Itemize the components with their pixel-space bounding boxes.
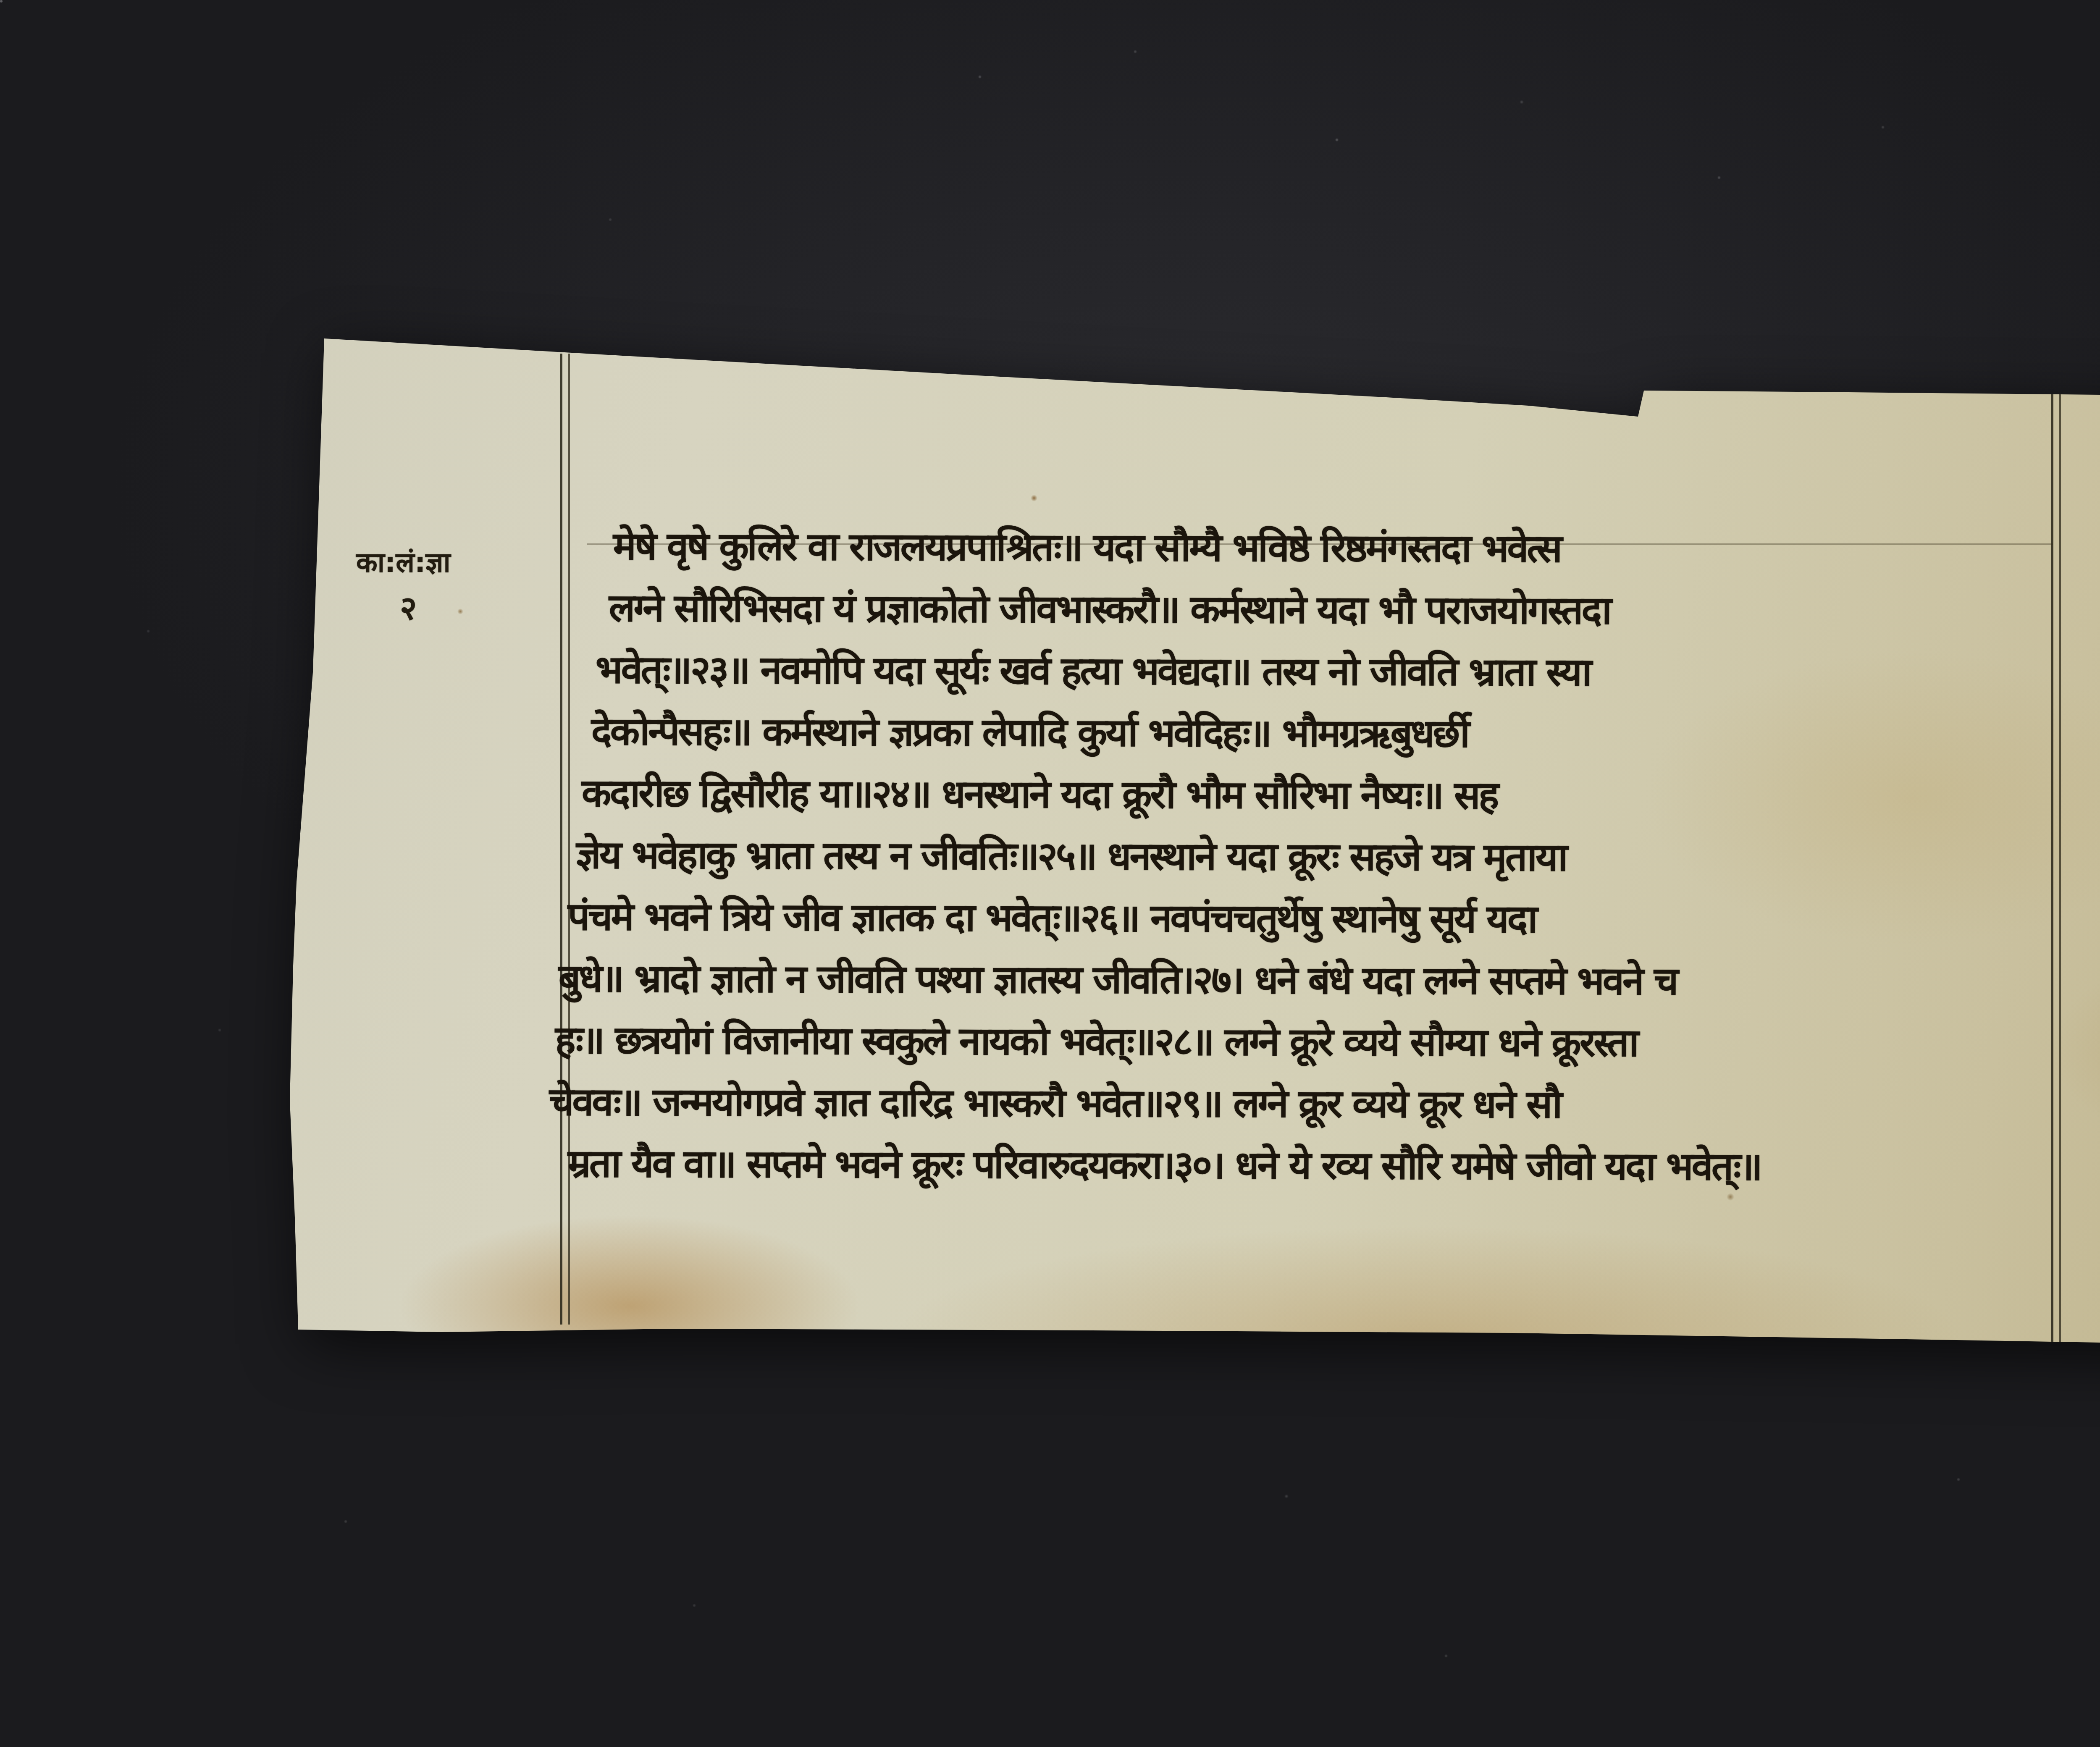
manuscript-page: का:लं:ज्ञा २ तप्र २ मेषे वृषे कुलिरे वा … xyxy=(0,0,2100,1747)
manuscript-text-line: पंचमे भवने त्रिये जीव ज्ञातक दा भवेत्ः॥२… xyxy=(568,892,1536,944)
manuscript-text-line: लग्ने सौरिभिसदा यं प्रज्ञाकोतो जीवभास्कर… xyxy=(609,583,1610,635)
manuscript-text-line: भवेत्ः॥२३॥ नवमोपि यदा सूर्यः खर्व हत्या … xyxy=(596,645,1591,697)
manuscript-text-line: कदारीछ द्विसौरीह या॥२४॥ धनस्थाने यदा क्र… xyxy=(582,769,1498,821)
manuscript-text-line: चेववः॥ जन्मयोगप्रवे ज्ञात दारिद्र भास्कर… xyxy=(549,1077,1561,1129)
manuscript-text-line: देकोन्पैसहः॥ कर्मस्थाने ज्ञप्रका लेपादि … xyxy=(591,707,1468,758)
right-margin-ruling xyxy=(2051,393,2061,1343)
manuscript-text-line: बुधे॥ भ्रादो ज्ञातो न जीवति पश्या ज्ञातस… xyxy=(559,954,1677,1006)
manuscript-text-line: म्रता यैव वा॥ सप्तमे भवने क्रूरः परिवारु… xyxy=(568,1139,1761,1191)
manuscript-text-line: ज्ञेय भवेहाकु भ्राता तस्य न जीवतिः॥२५॥ ध… xyxy=(576,830,1567,882)
manuscript-text-line: मेषे वृषे कुलिरे वा राजलयप्रपाश्रितः॥ यद… xyxy=(613,522,1561,574)
manuscript-text-line: हः॥ छत्रयोगं विजानीया स्वकुले नायको भवेत… xyxy=(555,1015,1638,1068)
left-margin-label: का:लं:ज्ञा xyxy=(356,543,451,580)
manuscript-page-wrap: का:लं:ज्ञा २ तप्र २ मेषे वृषे कुलिरे वा … xyxy=(0,0,2100,1747)
left-folio-number: २ xyxy=(400,585,417,629)
photo-background: का:लं:ज्ञा २ तप्र २ मेषे वृषे कुलिरे वा … xyxy=(0,0,2100,1747)
